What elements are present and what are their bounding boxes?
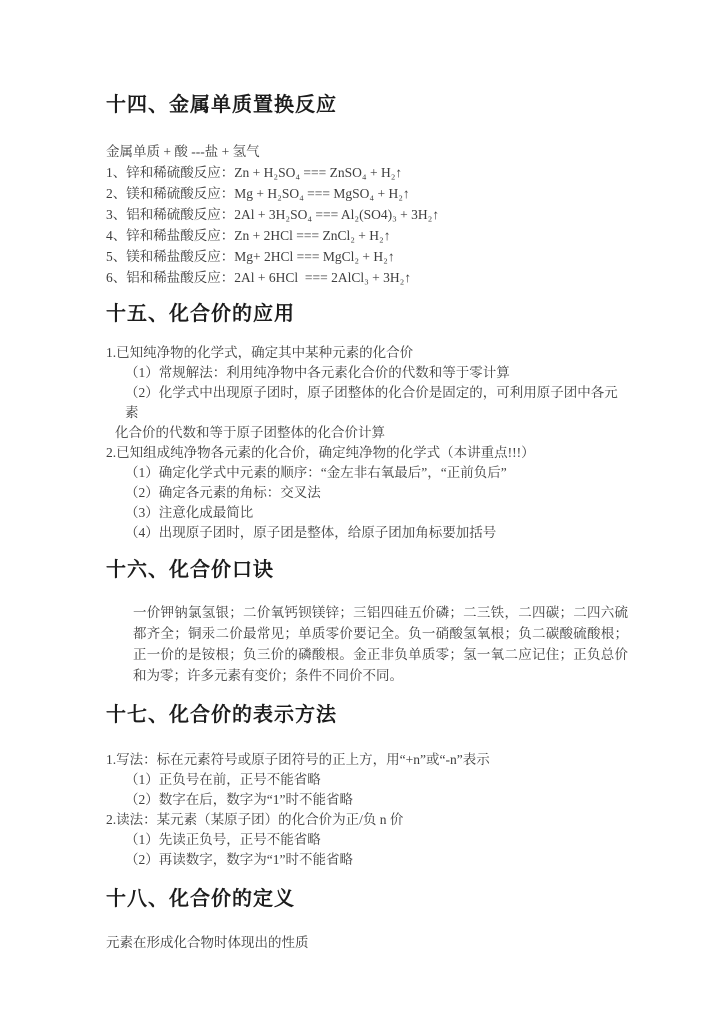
document-content: 十四、金属单质置换反应 金属单质 + 酸 ---盐 + 氢气 1、锌和稀硫酸反应… — [0, 0, 724, 953]
body-line: 1.已知纯净物的化学式，确定其中某种元素的化合价 — [106, 343, 628, 363]
body-line: （1）确定化学式中元素的顺序：“金左非右氧最后”，“正前负后” — [125, 463, 628, 483]
body-line: 化合价的代数和等于原子团整体的化合价计算 — [115, 423, 628, 443]
section-title: 十四、金属单质置换反应 — [106, 92, 628, 118]
body-line: 1.写法：标在元素符号或原子团符号的正上方，用“+n”或“-n”表示 — [106, 750, 628, 770]
body-line: （2）确定各元素的角标：交叉法 — [125, 483, 628, 503]
section-title: 十六、化合价口诀 — [106, 557, 628, 583]
mnemonic-paragraph: 一价钾钠氯氢银；二价氧钙钡镁锌；三铝四硅五价磷；二三铁，二四碳；二四六硫都齐全；… — [133, 602, 628, 686]
section-title: 十八、化合价的定义 — [106, 886, 628, 912]
body-line: （4）出现原子团时，原子团是整体，给原子团加角标要加括号 — [125, 523, 628, 543]
body-line: （1）正负号在前，正号不能省略 — [125, 770, 628, 790]
document-page: 十四、金属单质置换反应 金属单质 + 酸 ---盐 + 氢气 1、锌和稀硫酸反应… — [0, 0, 724, 1024]
reaction-equation-line: 5、镁和稀盐酸反应：Mg+ 2HCl === MgCl₂ + H₂↑ — [106, 246, 628, 267]
body-line: （3）注意化成最简比 — [125, 503, 628, 523]
body-line: 元素在形成化合物时体现出的性质 — [106, 932, 628, 953]
body-line: （1）常规解法：利用纯净物中各元素化合价的代数和等于零计算 — [125, 363, 628, 383]
section-valence-notation: 十七、化合价的表示方法 1.写法：标在元素符号或原子团符号的正上方，用“+n”或… — [106, 702, 628, 870]
body-line: （2）化学式中出现原子团时，原子团整体的化合价是固定的，可利用原子团中各元素 — [125, 383, 628, 423]
reaction-equation-line: 6、铝和稀盐酸反应：2Al + 6HCl === 2AlCl₃ + 3H₂↑ — [106, 267, 628, 288]
section-title: 十七、化合价的表示方法 — [106, 702, 628, 728]
reaction-equation-line: 4、锌和稀盐酸反应：Zn + 2HCl === ZnCl₂ + H₂↑ — [106, 225, 628, 246]
section-valence-mnemonic: 十六、化合价口诀 一价钾钠氯氢银；二价氧钙钡镁锌；三铝四硅五价磷；二三铁，二四碳… — [106, 557, 628, 686]
section-valence-definition: 十八、化合价的定义 元素在形成化合物时体现出的性质 — [106, 886, 628, 953]
body-line: （2）再读数字，数字为“1”时不能省略 — [125, 850, 628, 870]
body-line: 2.读法：某元素（某原子团）的化合价为正/负 n 价 — [106, 810, 628, 830]
reaction-scheme-line: 金属单质 + 酸 ---盐 + 氢气 — [106, 141, 628, 162]
section-valence-application: 十五、化合价的应用 1.已知纯净物的化学式，确定其中某种元素的化合价 （1）常规… — [106, 301, 628, 543]
section-title: 十五、化合价的应用 — [106, 301, 628, 327]
body-line: 2.已知组成纯净物各元素的化合价，确定纯净物的化学式（本讲重点!!!） — [106, 443, 628, 463]
reaction-equation-line: 1、锌和稀硫酸反应：Zn + H₂SO₄ === ZnSO₄ + H₂↑ — [106, 162, 628, 183]
body-line: （2）数字在后，数字为“1”时不能省略 — [125, 790, 628, 810]
section-metal-displacement: 十四、金属单质置换反应 金属单质 + 酸 ---盐 + 氢气 1、锌和稀硫酸反应… — [106, 92, 628, 288]
reaction-equation-line: 3、铝和稀硫酸反应：2Al + 3H₂SO₄ === Al₂(SO4)₃ + 3… — [106, 204, 628, 225]
reaction-equation-line: 2、镁和稀硫酸反应：Mg + H₂SO₄ === MgSO₄ + H₂↑ — [106, 183, 628, 204]
body-line: （1）先读正负号，正号不能省略 — [125, 830, 628, 850]
